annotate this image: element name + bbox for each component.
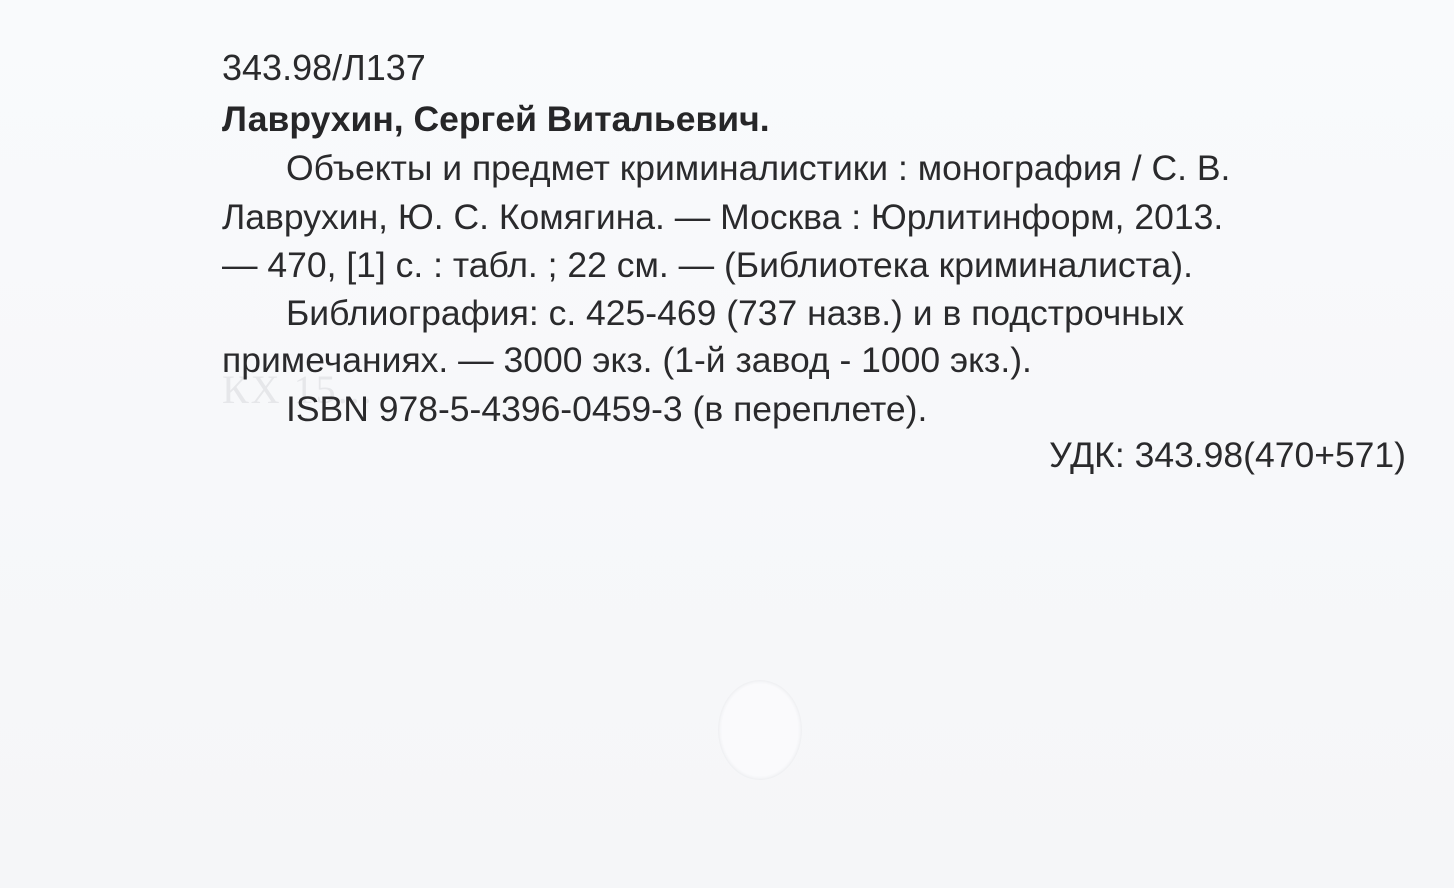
isbn-line: ISBN 978-5-4396-0459-3 (в переплете). [286,389,927,429]
print-run-note: примечаниях. — 3000 экз. (1-й завод - 10… [222,340,1032,380]
publication-line: Лаврухин, Ю. С. Комягина. — Москва : Юрл… [222,197,1223,237]
punched-hole-mark [718,680,802,780]
udk-code: УДК: 343.98(470+571) [1049,435,1406,475]
shelf-mark: 343.98/Л137 [222,48,426,88]
bibliography-note: Библиография: с. 425-469 (737 назв.) и в… [286,293,1184,333]
catalog-card: КХ 15... 343.98/Л137 Лаврухин, Сергей Ви… [0,0,1454,888]
physical-description-line: — 470, [1] с. : табл. ; 22 см. — (Библио… [222,245,1193,285]
author-heading: Лаврухин, Сергей Витальевич. [222,99,770,139]
title-line: Объекты и предмет криминалистики : моног… [286,148,1230,188]
